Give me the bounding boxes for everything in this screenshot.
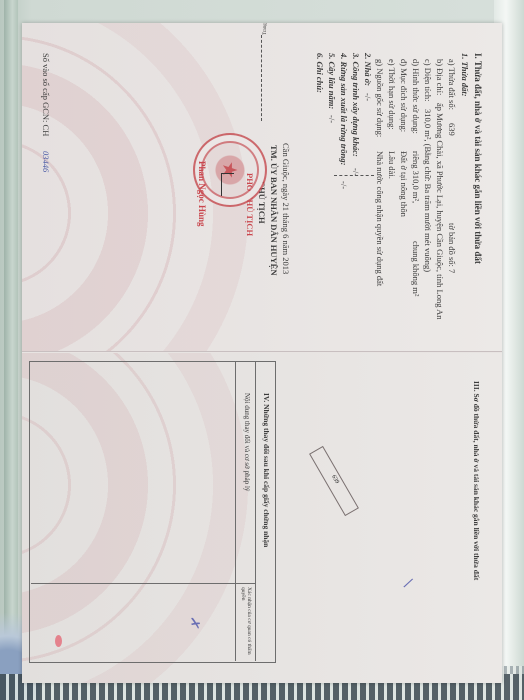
item-forest-label: 4. Rừng sản xuất là rừng trồng: xyxy=(340,53,349,165)
row-label-purpose: đ) Mục đích sử dụng: xyxy=(400,59,409,132)
pen-line xyxy=(334,175,374,176)
registry-number-value: 03446 xyxy=(42,151,51,172)
row-value-origin: Nhà nước công nhận quyền sử dụng đất xyxy=(376,151,385,286)
row-value-area: 310,0 m², (Bằng chữ: Ba trăm mười mét vu… xyxy=(424,109,433,272)
fold-text: Trang bổ sung xyxy=(263,23,268,35)
row-label-origin: g) Nguồn gốc sử dụng: xyxy=(376,59,385,137)
column-header-change-content: Nội dung thay đổi và cơ sở pháp lý xyxy=(243,393,250,491)
signature-date: Cần Giuộc, ngày 21 tháng 6 năm 2013 xyxy=(282,143,291,274)
registry-number-label: Số vào sổ cấp GCN: CH xyxy=(42,53,51,136)
red-ink-smudge xyxy=(55,635,62,647)
land-subtitle: 1. Thửa đất: xyxy=(461,53,470,97)
signature-authority: TM. ỦY BAN NHÂN DÂN HUYỆN xyxy=(270,145,279,276)
row-value-usage-form: riêng 310,0 m², xyxy=(412,151,421,203)
row-value-purpose: Đất ở tại nông thôn xyxy=(400,151,409,217)
section-title-diagram: III. Sơ đồ thửa đất, nhà ở và tài sản kh… xyxy=(473,381,481,580)
row-value-parcel-number: 639 xyxy=(448,123,457,136)
item-perennial-value: -/- xyxy=(328,115,337,123)
signature-scribble xyxy=(221,173,234,196)
certificate-spread: I. Thửa đất, nhà ở và tài sản khác gắn l… xyxy=(22,23,502,683)
item-notes-label: 6. Ghi chú: xyxy=(316,53,325,93)
item-house-value: -/- xyxy=(364,93,373,101)
section-title-land: I. Thửa đất, nhà ở và tài sản khác gắn l… xyxy=(473,53,482,264)
column-header-authority-confirmation: Xác nhận của cơ quan có thẩm quyền xyxy=(240,587,252,657)
table-header-divider xyxy=(235,361,236,661)
row-label-address: b) Địa chỉ: xyxy=(436,59,445,95)
pen-stroke: / xyxy=(402,575,414,591)
row-value-term: Lâu dài. xyxy=(388,151,397,179)
item-other-construction-label: 3. Công trình xây dựng khác: xyxy=(352,53,361,157)
certificate-page-diagram: III. Sơ đồ thửa đất, nhà ở và tài sản kh… xyxy=(22,353,502,683)
row-value-address: ấp Mương Chài, xã Phước Lại, huyện Cần G… xyxy=(436,103,445,320)
row-label-term: e) Thời hạn sử dụng: xyxy=(388,59,397,130)
table-divider xyxy=(255,361,256,661)
changes-title: IV. Những thay đổi sau khi cấp giấy chứn… xyxy=(263,393,271,547)
certificate-page-info: I. Thửa đất, nhà ở và tài sản khác gắn l… xyxy=(22,23,502,352)
item-perennial-label: 5. Cây lâu năm: xyxy=(328,53,337,109)
row-extra-map-sheet: tờ bản đồ số: 7 xyxy=(448,223,457,273)
signer-name: Phan Ngọc Hùng xyxy=(197,161,206,227)
row-label-parcel-number: a) Thửa đất số: xyxy=(448,59,457,110)
table-column-divider xyxy=(31,583,256,584)
item-house-label: 2. Nhà ở: xyxy=(364,53,373,86)
row-extra-usage-form: chung không m² xyxy=(412,241,421,296)
item-forest-value: -/- xyxy=(340,181,349,189)
row-label-usage-form: d) Hình thức sử dụng: xyxy=(412,59,421,134)
fold-line xyxy=(261,35,262,121)
row-label-area: c) Diện tích: xyxy=(424,59,433,101)
